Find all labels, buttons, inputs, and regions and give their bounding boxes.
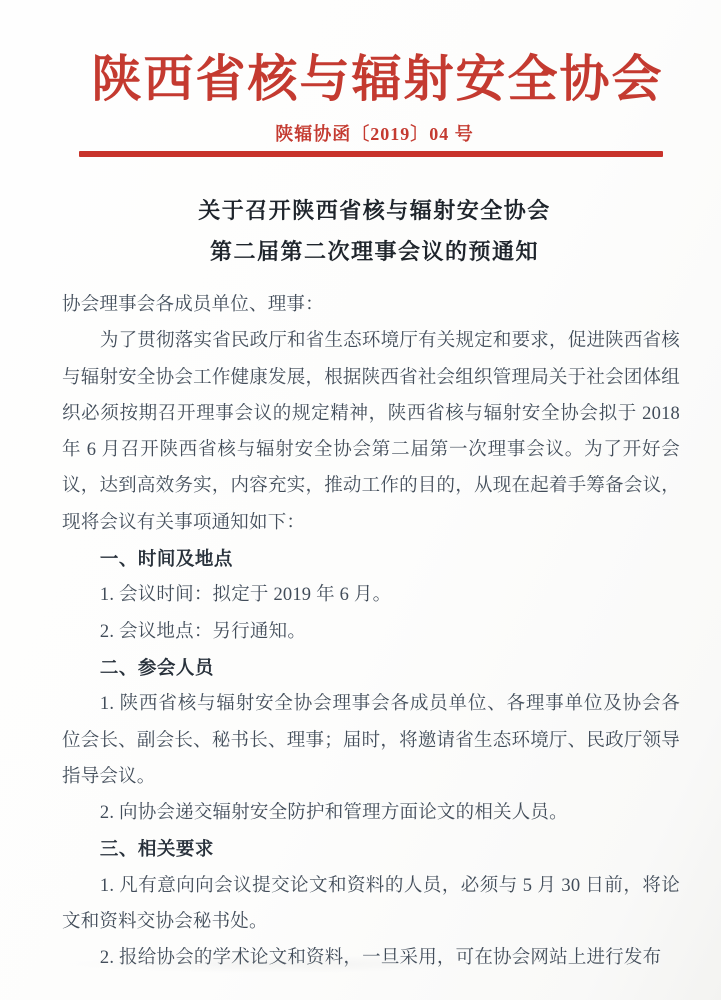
letterhead-org-name: 陕西省核与辐射安全协会 bbox=[17, 48, 721, 110]
section-time-place: 一、时间及地点 1. 会议时间：拟定于 2019 年 6 月。 2. 会议地点：… bbox=[62, 541, 680, 650]
section-item: 1. 凡有意向向会议提交论文和资料的人员，必须与 5 月 30 日前，将论文和资… bbox=[62, 868, 680, 941]
document-page: 陕西省核与辐射安全协会 陕辐协函〔2019〕04 号 关于召开陕西省核与辐射安全… bbox=[0, 0, 721, 1000]
document-title-line1: 关于召开陕西省核与辐射安全协会 bbox=[14, 190, 721, 231]
salutation: 协会理事会各成员单位、理事： bbox=[62, 287, 680, 323]
section-requirements: 三、相关要求 1. 凡有意向向会议提交论文和资料的人员，必须与 5 月 30 日… bbox=[62, 831, 680, 976]
letterhead-divider-line bbox=[79, 151, 663, 157]
document-body: 协会理事会各成员单位、理事： 为了贯彻落实省民政厅和省生态环境厅有关规定和要求，… bbox=[62, 287, 680, 977]
section-heading: 一、时间及地点 bbox=[62, 541, 680, 577]
section-item: 1. 陕西省核与辐射安全协会理事会各成员单位、各理事单位及协会各位会长、副会长、… bbox=[62, 686, 680, 795]
section-item: 1. 会议时间：拟定于 2019 年 6 月。 bbox=[62, 577, 680, 613]
document-title-line2: 第二届第二次理事会议的预通知 bbox=[14, 231, 721, 272]
document-number: 陕辐协函〔2019〕04 号 bbox=[14, 120, 721, 146]
section-heading: 二、参会人员 bbox=[62, 650, 680, 686]
document-title: 关于召开陕西省核与辐射安全协会 第二届第二次理事会议的预通知 bbox=[14, 190, 721, 272]
section-item: 2. 会议地点：另行通知。 bbox=[62, 614, 680, 650]
section-item: 2. 向协会递交辐射安全防护和管理方面论文的相关人员。 bbox=[62, 795, 680, 831]
section-item: 2. 报给协会的学术论文和资料，一旦采用，可在协会网站上进行发布 bbox=[62, 940, 680, 976]
section-participants: 二、参会人员 1. 陕西省核与辐射安全协会理事会各成员单位、各理事单位及协会各位… bbox=[62, 650, 680, 831]
intro-paragraph: 为了贯彻落实省民政厅和省生态环境厅有关规定和要求，促进陕西省核与辐射安全协会工作… bbox=[62, 323, 680, 541]
section-heading: 三、相关要求 bbox=[62, 831, 680, 867]
